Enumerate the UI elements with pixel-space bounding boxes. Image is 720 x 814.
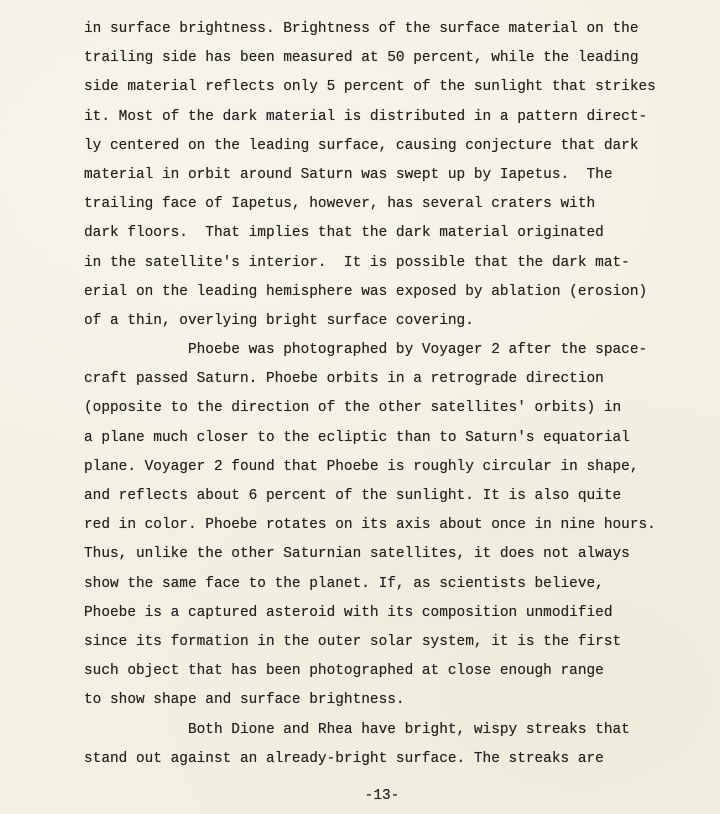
text-line: red in color. Phoebe rotates on its axis… bbox=[84, 511, 684, 540]
body-text: in surface brightness. Brightness of the… bbox=[84, 15, 684, 774]
text-line: material in orbit around Saturn was swep… bbox=[84, 161, 684, 190]
text-line: such object that has been photographed a… bbox=[84, 657, 684, 686]
page-number: -13- bbox=[84, 782, 680, 811]
text-line: of a thin, overlying bright surface cove… bbox=[84, 307, 684, 336]
text-line: Phoebe is a captured asteroid with its c… bbox=[84, 599, 684, 628]
text-line: in the satellite's interior. It is possi… bbox=[84, 249, 684, 278]
text-line: show the same face to the planet. If, as… bbox=[84, 570, 684, 599]
text-line: a plane much closer to the ecliptic than… bbox=[84, 424, 684, 453]
text-line: Both Dione and Rhea have bright, wispy s… bbox=[84, 716, 684, 745]
text-line: plane. Voyager 2 found that Phoebe is ro… bbox=[84, 453, 684, 482]
text-line: since its formation in the outer solar s… bbox=[84, 628, 684, 657]
text-line: it. Most of the dark material is distrib… bbox=[84, 103, 684, 132]
text-line: stand out against an already-bright surf… bbox=[84, 745, 684, 774]
text-line: and reflects about 6 percent of the sunl… bbox=[84, 482, 684, 511]
document-page: in surface brightness. Brightness of the… bbox=[0, 0, 720, 814]
text-line: Thus, unlike the other Saturnian satelli… bbox=[84, 540, 684, 569]
text-line: Phoebe was photographed by Voyager 2 aft… bbox=[84, 336, 684, 365]
text-line: to show shape and surface brightness. bbox=[84, 686, 684, 715]
text-line: trailing side has been measured at 50 pe… bbox=[84, 44, 684, 73]
text-line: erial on the leading hemisphere was expo… bbox=[84, 278, 684, 307]
text-line: side material reflects only 5 percent of… bbox=[84, 73, 684, 102]
text-line: craft passed Saturn. Phoebe orbits in a … bbox=[84, 365, 684, 394]
text-line: in surface brightness. Brightness of the… bbox=[84, 15, 684, 44]
text-line: ly centered on the leading surface, caus… bbox=[84, 132, 684, 161]
text-line: dark floors. That implies that the dark … bbox=[84, 219, 684, 248]
text-line: trailing face of Iapetus, however, has s… bbox=[84, 190, 684, 219]
text-line: (opposite to the direction of the other … bbox=[84, 394, 684, 423]
